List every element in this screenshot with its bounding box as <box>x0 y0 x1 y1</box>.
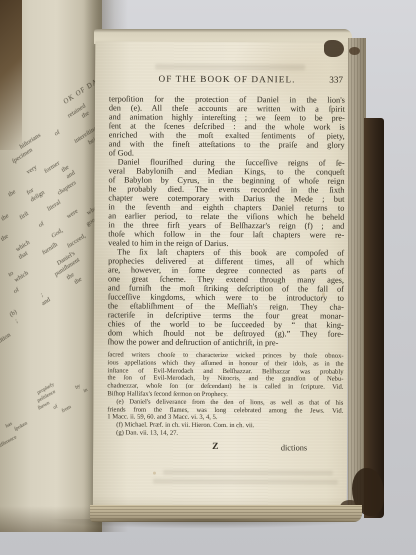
paragraph: Daniel flouriſhed during the ſucceſſive … <box>108 157 344 248</box>
footnote-e: (e) Daniel's deliverance from the den of… <box>107 398 343 423</box>
text-line: (g) Dan. vii. 13, 14, 27. <box>107 429 343 438</box>
show-through-ghost-text <box>163 470 333 476</box>
text-line: ſhow the power and deſtruction of antich… <box>108 337 344 347</box>
page-title: OF THE BOOK OF DANIEL. <box>109 73 345 84</box>
worn-corner <box>349 47 360 55</box>
paragraph: terpoſition for the protection of Daniel… <box>109 94 345 158</box>
right-page: OF THE BOOK OF DANIEL. 337 terpoſition f… <box>93 41 349 514</box>
footnote-continuation: ſacred writers chooſe to characterize wi… <box>107 351 343 399</box>
catchword: dictions <box>281 443 307 452</box>
foxing-spot <box>153 472 156 475</box>
page-number: 337 <box>329 75 343 85</box>
footnote-section: ſacred writers chooſe to characterize wi… <box>107 351 343 438</box>
show-through-ghost-text <box>153 479 338 485</box>
footnote-g: (g) Dan. vii. 13, 14, 27. <box>107 429 343 438</box>
show-through-ghost-text <box>155 64 305 71</box>
book-shadow <box>40 519 370 531</box>
paragraph: The ſix laſt chapters of this book are c… <box>108 247 345 347</box>
book-photo: OK OF DANIEL. me of the hiſtorians retai… <box>0 0 416 555</box>
worn-corner <box>324 40 344 57</box>
signature-row: Z dictions <box>107 441 343 454</box>
cover-edge <box>364 118 384 518</box>
signature-mark: Z <box>212 442 218 452</box>
running-header: OF THE BOOK OF DANIEL. 337 <box>109 73 345 86</box>
text-line: and with the fineſt atteſtations to the … <box>109 139 345 149</box>
main-text: terpoſition for the protection of Daniel… <box>108 94 345 347</box>
